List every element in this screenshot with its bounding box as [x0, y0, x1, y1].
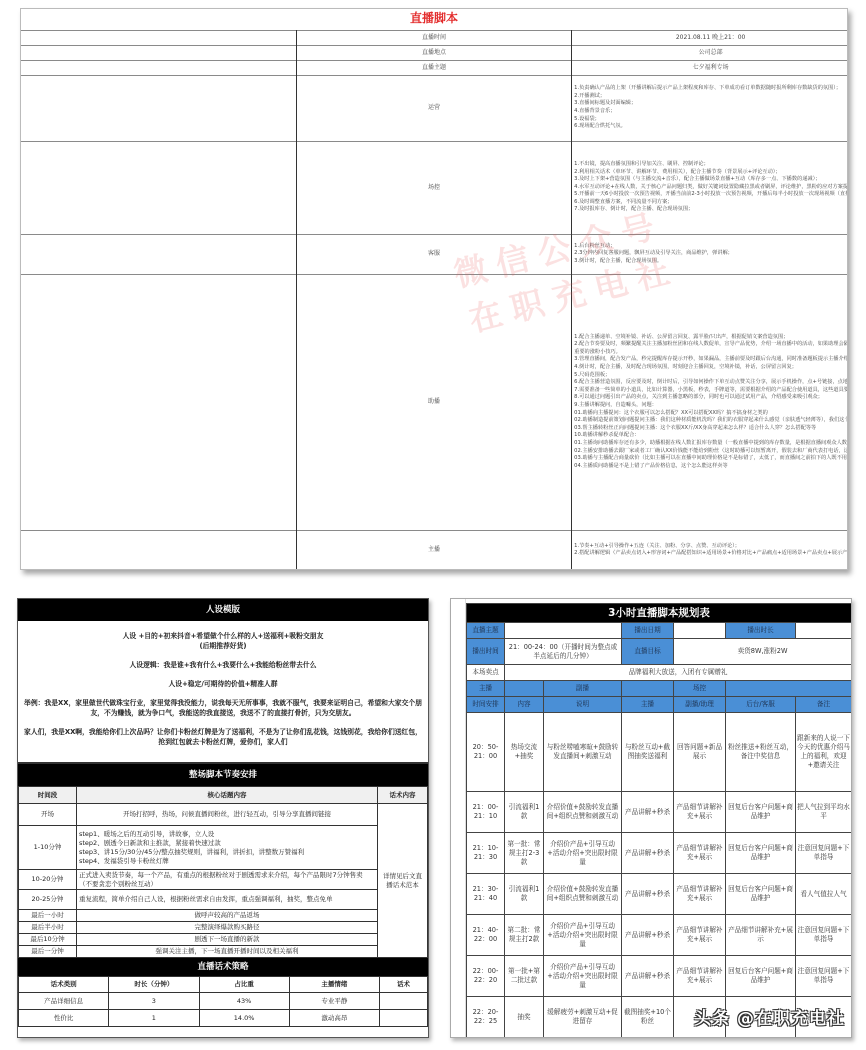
- rhythm-time: 最后半小时: [19, 922, 77, 934]
- plan-row: 20：50-21：00热场交流+抽奖与粉丝唠嗑寒暄+鼓励转发直播间+刺激互动与粉…: [467, 713, 852, 792]
- plan-cell: 与粉丝唠嗑寒暄+鼓励转发直播间+刺激互动: [544, 713, 622, 792]
- section-line: 3.直播间标题及封面编辑；: [574, 100, 847, 108]
- plan-row: 21：00-21：10引流福利1款介绍价值+鼓励转发直播间+组织点赞和刺激互动产…: [467, 792, 852, 833]
- strategy-header: 时长（分钟）: [109, 977, 199, 993]
- persona-formula: 人设 +目的+初来抖音+希望做个什么样的人+送福利+吸粉交朋友: [123, 632, 324, 640]
- selling-label: 本场卖点: [467, 665, 505, 681]
- meta-row: 直播主题 七夕福利专场: [21, 60, 847, 75]
- plan-column-header: 主播: [622, 697, 674, 713]
- role-label: 副播: [544, 681, 622, 697]
- plan-cell: 把人气拉到平均水平: [796, 792, 852, 833]
- plan-cell: 热场交流+抽奖: [505, 713, 544, 792]
- rhythm-content: 剧透下一场直播的新款: [77, 934, 378, 946]
- section-line: 2.配合节奏要及时，频繁提醒关注主播加粉丝团和在线人数促单，宣导产品优势，介绍一…: [574, 341, 847, 349]
- section-label: 主播: [296, 530, 571, 570]
- rhythm-time: 最后一分钟: [19, 946, 77, 958]
- live-script-table: 直播脚本 直播时间 2021.08.11 晚上21：00 直播地点 公司总部 直…: [21, 9, 847, 570]
- section-lines: 1.节奏+互动+引导操作+五连（关注、加粉、分享、点赞、互动评论）；2.搭配讲解…: [572, 530, 847, 570]
- plan-column-header: 副播/助理: [674, 697, 726, 713]
- plan-cell: 回复后台客户问题+商品维护: [726, 833, 796, 874]
- rhythm-header: 时间段: [19, 787, 77, 804]
- strategy-row: 产品详细信息343%专业平静: [19, 993, 428, 1010]
- section-lines: 1.负责确认产品的上架（开播讲解后提示产品上架程度和库存、下单成功看订单数据随时…: [572, 75, 847, 141]
- strategy-cell: 3: [109, 993, 199, 1010]
- plan-cell: 21：40-22：00: [467, 915, 505, 956]
- rhythm-row: 20-25分钟重复流程，简单介绍自己人设，根据粉丝需求自由发挥，重点强调福利，抽…: [19, 890, 428, 910]
- meta-value: 七夕福利专场: [572, 60, 847, 75]
- rhythm-row: 最后半小时完整演绎爆款购买路径: [19, 922, 428, 934]
- section-label: 场控: [296, 141, 571, 234]
- plan-cell: 产品细节讲解补充+展示: [674, 874, 726, 915]
- plan-cell: 第二批：常规主打2款: [505, 915, 544, 956]
- plan-cell: 截图抽奖+10个粉丝: [622, 997, 674, 1038]
- section-line: 4.倒计时，配合主播，及时配合现场氛围，时刻迎合主播回复，空境补镜，补话，公屏留…: [574, 364, 847, 372]
- strategy-cell: [380, 993, 428, 1010]
- role-label: 主播: [467, 681, 505, 697]
- section-line: 2.利用相关话术（单环节、讲解环节、费用相关），配合主播节奏（背景展示+评论互动…: [574, 169, 847, 177]
- section-lines: 1.不出镜，提高直播氛围和引导加关注、刷屏、控制评论；2.利用相关话术（单环节、…: [572, 141, 847, 234]
- plan-column-header: 说明: [544, 697, 622, 713]
- time-value: 21：00-24：00（开播时间为整点或半点延后的几分钟）: [505, 639, 622, 665]
- rhythm-content: 做呼声较高的产品返场: [77, 910, 378, 922]
- plan-cell: 引流福利1款: [505, 874, 544, 915]
- rhythm-script-note: 详情见后文直播话术范本: [378, 804, 428, 958]
- rhythm-row: 最后10分钟剧透下一场直播的新款: [19, 934, 428, 946]
- section-row: 运营 1.负责确认产品的上架（开播讲解后提示产品上架程度和库存、下单成功看订单数…: [21, 75, 847, 141]
- plan-cell: 看人气值拉人气: [796, 874, 852, 915]
- section-line: 01.主播询问助播库存还有多少，助播根据在线人数汇报库存数量（一般直播中提到的库…: [574, 440, 847, 448]
- rhythm-header: 核心话题内容: [77, 787, 378, 804]
- strategy-header: 占比重: [199, 977, 289, 993]
- duration-label: 播出时长: [726, 623, 796, 639]
- plan-cell: 产品细节讲解补充+展示: [674, 792, 726, 833]
- rhythm-row: 最后一小时做呼声较高的产品返场: [19, 910, 428, 922]
- rhythm-table: 时间段 核心话题内容 话术内容 开场开场打招呼，热场，问候直播间粉丝，进行轻互动…: [18, 786, 428, 958]
- selling-value: 品牌福利大放送，入团有专属赠礼: [505, 665, 852, 681]
- role-label: [505, 681, 544, 697]
- rhythm-header: 话术内容: [378, 787, 428, 804]
- plan-cell: 回复后台客户问题+商品维护: [726, 956, 796, 997]
- section-line: 6.现场配合烘托气氛。: [574, 123, 847, 131]
- plan-column-header: 后台/客服: [726, 697, 796, 713]
- section-row: 客服 1.后台粉丝互动；2.3分钟内回复客服问题，飘屏互动及引导关注，商品维护，…: [21, 234, 847, 274]
- strategy-header: 话术类别: [19, 977, 109, 993]
- plan-row: 21：40-22：00第二批：常规主打2款介绍价产品+引导互动+活动介绍+突出限…: [467, 915, 852, 956]
- strategy-row: 性价比114.0%激动高昂: [19, 1010, 428, 1027]
- persona-template-panel: 人设模版 人设 +目的+初来抖音+希望做个什么样的人+送福利+吸粉交朋友(后期推…: [17, 598, 429, 1038]
- plan-title: 3小时直播脚本规划表: [467, 604, 852, 623]
- plan-cell: 介绍价产品+引导互动+活动介绍+突出限时限量: [544, 833, 622, 874]
- role-label: [622, 681, 674, 697]
- strategy-cell: 1: [109, 1010, 199, 1027]
- duration-value: [796, 623, 852, 639]
- plan-cell: 产品讲解+秒杀: [622, 792, 674, 833]
- topic-label: 直播主题: [467, 623, 505, 639]
- rhythm-content: step1、暖场之后的互动引导，讲故事，立人设 step2、剧透今日新款和主推款…: [77, 826, 378, 870]
- plan-cell: 缓解疲劳+刺激互动+促进留存: [544, 997, 622, 1038]
- meta-label: 直播地点: [296, 45, 571, 60]
- time-label: 播出时间: [467, 639, 505, 665]
- plan-cell: 22：20-22：25: [467, 997, 505, 1038]
- plan-cell: 产品讲解+秒杀: [622, 915, 674, 956]
- strategy-cell: 43%: [199, 993, 289, 1010]
- plan-cell: 22：00-22：20: [467, 956, 505, 997]
- toutiao-watermark: 头条 @在职充电社: [694, 1004, 845, 1029]
- section-lines: 1.配合主播递单、空境补镜、补话、公屏留言回复、露半脸/只出声，根据促销文案营造…: [572, 274, 847, 530]
- section-line: 9.主播讲解提问，自造噱头，问题：: [574, 402, 847, 410]
- persona-title: 人设模版: [18, 599, 428, 621]
- meta-label: 直播主题: [296, 60, 571, 75]
- section-line: 7.及时报库存、倒计时，配合主播、配合现场氛围；: [574, 206, 847, 214]
- persona-formula-note: (后期推荐好货): [200, 642, 247, 650]
- section-line: 1.负责确认产品的上架（开播讲解后提示产品上架程度和库存、下单成功看订单数据随时…: [574, 85, 847, 93]
- section-line: 2.3分钟内回复客服问题，飘屏互动及引导关注，商品维护，弹讲解；: [574, 250, 847, 258]
- rhythm-row: 10-20分钟正式进入卖货节奏，每一个产品，有重点的根据粉丝对于剧透需求来介绍，…: [19, 870, 428, 890]
- plan-cell: 产品细节讲解补充+展示: [674, 833, 726, 874]
- section-row: 主播 1.节奏+互动+引导操作+五连（关注、加粉、分享、点赞、互动评论）；2.搭…: [21, 530, 847, 570]
- section-line: 4.直播背景音乐；: [574, 108, 847, 116]
- topic-value: [505, 623, 622, 639]
- plan-cell: 产品细节讲解补充+展示: [726, 915, 796, 956]
- section-line: 02.助播制造提前策划问题提问主播：我们这种材质能机洗吗？我们的衣服穿起来什么感…: [574, 417, 847, 425]
- persona-example: 举例：我是XX，家里做世代做珠宝行业，家里觉得我没能力，说我每天无所事事，我就不…: [24, 698, 422, 718]
- section-line: 2.搭配讲解逻辑（产品卖点切入+形容词+产品配搭知识+适用场景+价格对比+产品痛…: [574, 550, 847, 558]
- plan-cell: 20：50-21：00: [467, 713, 505, 792]
- persona-logic: 人设逻辑：我是谁+我有什么+我要什么+我能给粉丝带去什么: [24, 660, 422, 670]
- rhythm-title: 整场脚本节奏安排: [18, 764, 428, 786]
- plan-cell: 第一批：常规主打2-3款: [505, 833, 544, 874]
- persona-value: 人设+稳定/可期待的价值+精准人群: [24, 679, 422, 689]
- strategy-table: 话术类别 时长（分钟） 占比重 主播情绪 话术 产品详细信息343%专业平静性价…: [18, 976, 428, 1027]
- section-line: 8.可以通过问题引出产品的卖点，关注到主播忽略的部分，同时也可以通过试用产品，介…: [574, 394, 847, 402]
- document-title: 直播脚本: [21, 9, 847, 30]
- plan-cell: 21：30-21：40: [467, 874, 505, 915]
- plan-cell: 产品细节讲解补充+展示: [674, 915, 726, 956]
- persona-greeting: 家人们，我是XX啊，我能给你们上次品吗？让你们卡粉丝灯牌是为了送福利，不是为了让…: [24, 727, 422, 747]
- plan-column-header: 内容: [505, 697, 544, 713]
- role-label: [726, 681, 852, 697]
- plan-cell: 产品讲解+秒杀: [622, 956, 674, 997]
- section-row: 场控 1.不出镜，提高直播氛围和引导加关注、刷屏、控制评论；2.利用相关话术（单…: [21, 141, 847, 234]
- section-line: 1.不出镜，提高直播氛围和引导加关注、刷屏、控制评论；: [574, 161, 847, 169]
- plan-cell: 21：00-21：10: [467, 792, 505, 833]
- section-line: 5.开播前一天6小时投放一次预告视频，开播当前前2-3小时投放一次预告视频，开播…: [574, 191, 847, 199]
- plan-cell: 回复后台客户问题+商品维护: [726, 792, 796, 833]
- plan-cell: 产品细节讲解补充+展示: [674, 956, 726, 997]
- plan-cell: 介绍价产品+引导互动+活动介绍+突出限时限量: [544, 915, 622, 956]
- plan-cell: 与粉丝互动+截图抽奖送福利: [622, 713, 674, 792]
- plan-cell: 介绍价值+鼓励转发直播间+组织点赞和刺激互动: [544, 792, 622, 833]
- date-value: [674, 623, 726, 639]
- plan-cell: 回答问题+新品展示: [674, 713, 726, 792]
- plan-cell: 回复后台客户问题+商品维护: [726, 874, 796, 915]
- plan-cell: 21：10-21：30: [467, 833, 505, 874]
- strategy-cell: 激动高昂: [289, 1010, 379, 1027]
- row-gutter: [451, 599, 466, 1037]
- rhythm-time: 20-25分钟: [19, 890, 77, 910]
- live-script-document: 直播脚本 直播时间 2021.08.11 晚上21：00 直播地点 公司总部 直…: [20, 8, 848, 570]
- rhythm-content: 正式进入卖货节奏，每一个产品，有重点的根据粉丝对于剧透需求来介绍，每个产品限时7…: [77, 870, 378, 890]
- plan-row: 22：00-22：20第一批+第二批过款介绍价产品+引导互动+活动介绍+突出限时…: [467, 956, 852, 997]
- section-label: 运营: [296, 75, 571, 141]
- strategy-title: 直播话术策略: [18, 958, 428, 976]
- strategy-cell: 专业平静: [289, 993, 379, 1010]
- meta-row: 直播地点 公司总部: [21, 45, 847, 60]
- plan-cell: 产品讲解+秒杀: [622, 874, 674, 915]
- plan-row: 21：30-21：40引流福利1款介绍价值+鼓励转发直播间+组织点赞和刺激互动产…: [467, 874, 852, 915]
- plan-cell: 注意回复问题+下单指导: [796, 956, 852, 997]
- rhythm-time: 1-10分钟: [19, 826, 77, 870]
- section-line: 3.倒计时，配合主播，配合现场氛围。: [574, 258, 847, 266]
- section-line: 10.助播讲解秒杀促单配合：: [574, 432, 847, 440]
- plan-column-header: 时间安排: [467, 697, 505, 713]
- strategy-cell: 性价比: [19, 1010, 109, 1027]
- meta-value: 2021.08.11 晚上21：00: [572, 30, 847, 45]
- plan-cell: 引流福利1款: [505, 792, 544, 833]
- strategy-header: 话术: [380, 977, 428, 993]
- section-label: 助播: [296, 274, 571, 530]
- section-line: 3.管理直播间，配合发产品，秒完提醒库存提示开秒，如果漏品，主播前要及时跟后台沟…: [574, 356, 847, 364]
- role-label: 场控: [674, 681, 726, 697]
- plan-cell: 第一批+第二批过款: [505, 956, 544, 997]
- plan-cell: 注意回复问题+下单指导: [796, 833, 852, 874]
- strategy-cell: [380, 1010, 428, 1027]
- plan-cell: 粉丝推送+粉丝互动，备注中奖信息: [726, 713, 796, 792]
- plan-cell: 介绍价产品+引导互动+活动介绍+突出限时限量: [544, 956, 622, 997]
- three-hour-plan-panel: 3小时直播脚本规划表 直播主题 播出日期 播出时长 播出时间 21：00-24：…: [450, 598, 852, 1038]
- plan-cell: 抽奖: [505, 997, 544, 1038]
- plan-row: 21：10-21：30第一批：常规主打2-3款介绍价产品+引导互动+活动介绍+突…: [467, 833, 852, 874]
- plan-table: 3小时直播脚本规划表 直播主题 播出日期 播出时长 播出时间 21：00-24：…: [466, 603, 852, 1038]
- section-line: 04.主播质问助播是不是上错了产品价格信息，这个怎么能这样卖等: [574, 463, 847, 471]
- rhythm-content: 开场打招呼，热场，问候直播间粉丝，进行轻互动，引导分享直播间链接: [77, 804, 378, 826]
- date-label: 播出日期: [622, 623, 674, 639]
- meta-row: 直播时间 2021.08.11 晚上21：00: [21, 30, 847, 45]
- plan-column-header: 备注: [796, 697, 852, 713]
- plan-cell: 注意回复问题+下单指导: [796, 915, 852, 956]
- rhythm-row: 开场开场打招呼，热场，问候直播间粉丝，进行轻互动，引导分享直播间链接详情见后文直…: [19, 804, 428, 826]
- section-line: 3.及时上下架+营造氛围（与主播交流+音乐），配合主播做场景直播+互动（库存多一…: [574, 176, 847, 184]
- meta-label: 直播时间: [296, 30, 571, 45]
- rhythm-time: 最后10分钟: [19, 934, 77, 946]
- section-line: 6.配合主播营造氛围，反应要及时，倒计时后，引导如何操作下单互动点赞关注分享，展…: [574, 379, 847, 387]
- section-lines: 1.后台粉丝互动；2.3分钟内回复客服问题，飘屏互动及引导关注，商品维护，弹讲解…: [572, 234, 847, 274]
- rhythm-time: 开场: [19, 804, 77, 826]
- goal-label: 直播目标: [622, 639, 674, 665]
- rhythm-content: 强调关注主播，下一场直播开播时间以及相关福利: [77, 946, 378, 958]
- strategy-cell: 14.0%: [199, 1010, 289, 1027]
- section-line: 03.助播与主播配合商量砍价（比如主播可以在直播中间助理价格是不是标错了，太低了…: [574, 455, 847, 463]
- rhythm-row: 1-10分钟step1、暖场之后的互动引导，讲故事，立人设 step2、剧透今日…: [19, 826, 428, 870]
- plan-cell: 跟新来的人说一下今天的优惠介绍马上的福利，欢迎+邀请关注: [796, 713, 852, 792]
- persona-body: 人设 +目的+初来抖音+希望做个什么样的人+送福利+吸粉交朋友(后期推荐好货) …: [18, 621, 428, 764]
- meta-value: 公司总部: [572, 45, 847, 60]
- goal-value: 卖货8W,涨粉2W: [674, 639, 852, 665]
- rhythm-content: 重复流程，简单介绍自己人设，根据粉丝需求自由发挥，重点强调福利，抽奖，整点免单: [77, 890, 378, 910]
- plan-cell: 产品讲解+秒杀: [622, 833, 674, 874]
- rhythm-time: 最后一小时: [19, 910, 77, 922]
- section-label: 客服: [296, 234, 571, 274]
- plan-cell: 介绍价值+鼓励转发直播间+组织点赞和刺激互动: [544, 874, 622, 915]
- strategy-header: 主播情绪: [289, 977, 379, 993]
- rhythm-row: 最后一分钟强调关注主播，下一场直播开播时间以及相关福利: [19, 946, 428, 958]
- strategy-cell: 产品详细信息: [19, 993, 109, 1010]
- section-row: 助播 1.配合主播递单、空境补镜、补话、公屏留言回复、露半脸/只出声，根据促销文…: [21, 274, 847, 530]
- rhythm-time: 10-20分钟: [19, 870, 77, 890]
- rhythm-content: 完整演绎爆款购买路径: [77, 922, 378, 934]
